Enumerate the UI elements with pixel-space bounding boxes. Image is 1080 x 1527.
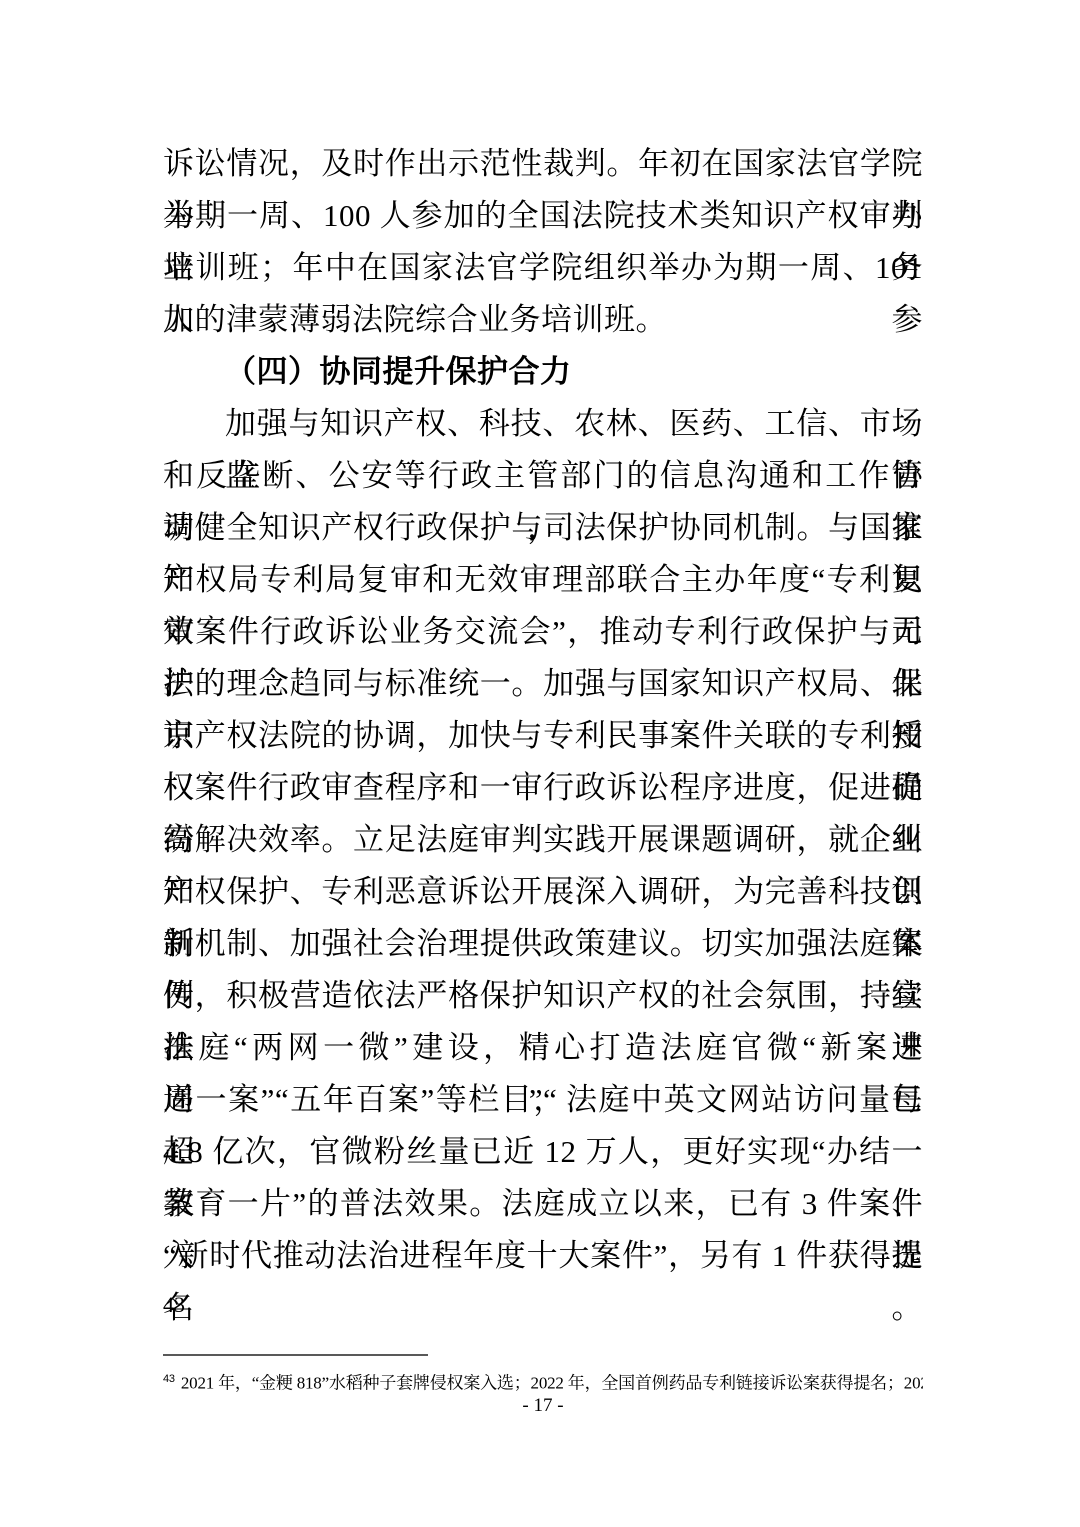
body-line: 诉讼情况，及时作出示范性裁判。年初在国家法官学院举办 xyxy=(163,138,923,190)
body-line: 和反垄断、公安等行政主管部门的信息沟通和工作协调，推 xyxy=(163,450,923,502)
body-line: 识产权法院的协调，加快与专利民事案件关联的专利授权确 xyxy=(163,710,923,762)
body-line: 教育一片”的普法效果。法庭成立以来，已有 3 件案件入选 xyxy=(163,1178,923,1230)
page-number: - 17 - xyxy=(163,1394,923,1418)
body-line: 护的理念趋同与标准统一。加强与国家知识产权局、北京知 xyxy=(163,658,923,710)
body-line: 效案件行政诉讼业务交流会”，推动专利行政保护与司法保 xyxy=(163,606,923,658)
footnote-marker: 43 xyxy=(163,1373,175,1385)
footnote-separator xyxy=(163,1354,428,1356)
body-line: 加强与知识产权、科技、农林、医药、工信、市场监管 xyxy=(163,398,923,450)
body-line: 制机制、加强社会治理提供政策建议。切实加强法庭案例宣 xyxy=(163,918,923,970)
body-line: 动健全知识产权行政保护与司法保护协同机制。与国家知识 xyxy=(163,502,923,554)
body-line: 纷解决效率。立足法庭审判实践开展课题调研，就企业知识 xyxy=(163,814,923,866)
body-line: 产权局专利局复审和无效审理部联合主办年度“专利复审无 xyxy=(163,554,923,606)
body-text: 诉讼情况，及时作出示范性裁判。年初在国家法官学院举办为期一周、100 人参加的全… xyxy=(163,138,923,1282)
footnote: 432021 年，“金粳 818”水稻种子套牌侵权案入选；2022 年，全国首例… xyxy=(163,1366,923,1392)
footnote-text: 2021 年，“金粳 818”水稻种子套牌侵权案入选；2022 年，全国首例药品… xyxy=(181,1374,923,1392)
body-line: 4.8 亿次，官微粉丝量已近 12 万人，更好实现“办结一案、 xyxy=(163,1126,923,1178)
body-line: 法庭“两网一微”建设，精心打造法庭官微“新案速递”“每 xyxy=(163,1022,923,1074)
body-line: 为期一周、100 人参加的全国法院技术类知识产权审判业务 xyxy=(163,190,923,242)
body-line: 传，积极营造依法严格保护知识产权的社会氛围，持续推进 xyxy=(163,970,923,1022)
body-line: 产权保护、专利恶意诉讼开展深入调研，为完善科技创新体 xyxy=(163,866,923,918)
body-line: 周一案”“五年百案”等栏目，法庭中英文网站访问量已超 xyxy=(163,1074,923,1126)
body-line: “新时代推动法治进程年度十大案件”，另有 1 件获得提名。 xyxy=(163,1230,923,1282)
body-line: 培训班；年中在国家法官学院组织举办为期一周、101 人参 xyxy=(163,242,923,294)
body-line: 权案件行政审查程序和一审行政诉讼程序进度，促进提高纠 xyxy=(163,762,923,814)
document-page: 诉讼情况，及时作出示范性裁判。年初在国家法官学院举办为期一周、100 人参加的全… xyxy=(0,0,1080,1527)
section-heading: （四）协同提升保护合力 xyxy=(163,346,923,398)
